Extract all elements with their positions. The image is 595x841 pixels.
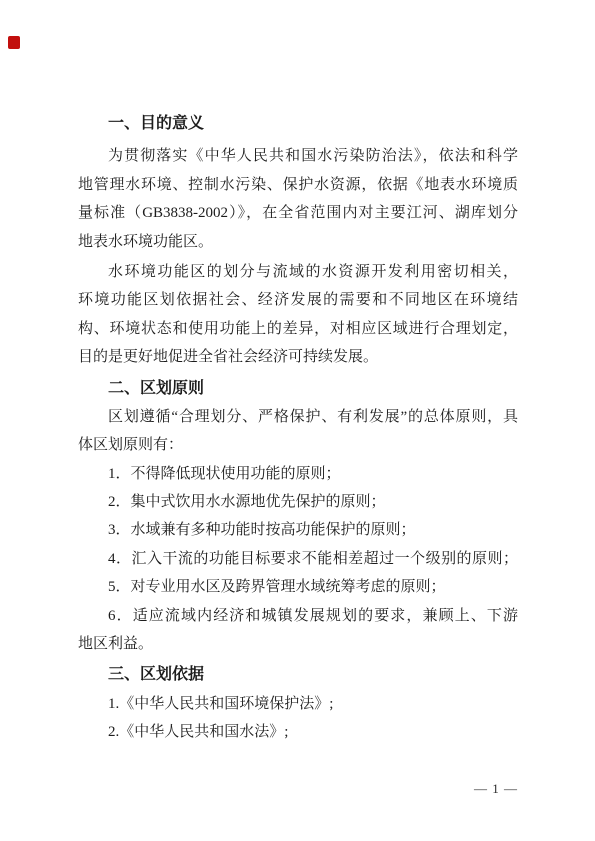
section-heading-principles: 二、区划原则	[78, 375, 518, 403]
paragraph-line: 水环境功能区的划分与流域的水资源开发利用密切相关，	[78, 258, 518, 286]
paragraph-line: 为贯彻落实《中华人民共和国水污染防治法》，依法和科学	[78, 142, 518, 170]
paragraph-line: 量标准（GB3838-2002）》，在全省范围内对主要江河、湖库划分	[78, 199, 518, 227]
document-body: 一、目的意义 为贯彻落实《中华人民共和国水污染防治法》，依法和科学 地管理水环境…	[78, 107, 518, 747]
list-item: 3．水域兼有多种功能时按高功能保护的原则；	[78, 516, 518, 544]
list-item: 4．汇入干流的功能目标要求不能相差超过一个级别的原则；	[78, 545, 518, 573]
list-item: 1．不得降低现状使用功能的原则；	[78, 460, 518, 488]
paragraph-line: 区划遵循“合理划分、严格保护、有利发展”的总体原则，具	[78, 403, 518, 431]
page-number: — 1 —	[78, 781, 518, 797]
paragraph-line: 构、环境状态和使用功能上的差异，对相应区域进行合理划定，	[78, 315, 518, 343]
red-stamp-mark	[8, 36, 20, 49]
paragraph-line: 目的是更好地促进全省社会经济可持续发展。	[78, 343, 518, 371]
list-item: 6．适应流域内经济和城镇发展规划的要求，兼顾上、下游	[78, 602, 518, 630]
paragraph-line: 地表水环境功能区。	[78, 228, 518, 256]
list-item: 2．集中式饮用水水源地优先保护的原则；	[78, 488, 518, 516]
list-item-continuation: 地区利益。	[78, 630, 518, 658]
list-item: 1.《中华人民共和国环境保护法》;	[78, 690, 518, 718]
list-item: 2.《中华人民共和国水法》;	[78, 718, 518, 746]
paragraph-line: 地管理水环境、控制水污染、保护水资源，依据《地表水环境质	[78, 171, 518, 199]
section-heading-purpose: 一、目的意义	[78, 110, 518, 138]
section-heading-basis: 三、区划依据	[78, 661, 518, 689]
document-page: 一、目的意义 为贯彻落实《中华人民共和国水污染防治法》，依法和科学 地管理水环境…	[0, 0, 595, 841]
list-item: 5．对专业用水区及跨界管理水域统筹考虑的原则；	[78, 573, 518, 601]
paragraph-line: 体区划原则有：	[78, 431, 518, 459]
paragraph-line: 环境功能区划依据社会、经济发展的需要和不同地区在环境结	[78, 286, 518, 314]
